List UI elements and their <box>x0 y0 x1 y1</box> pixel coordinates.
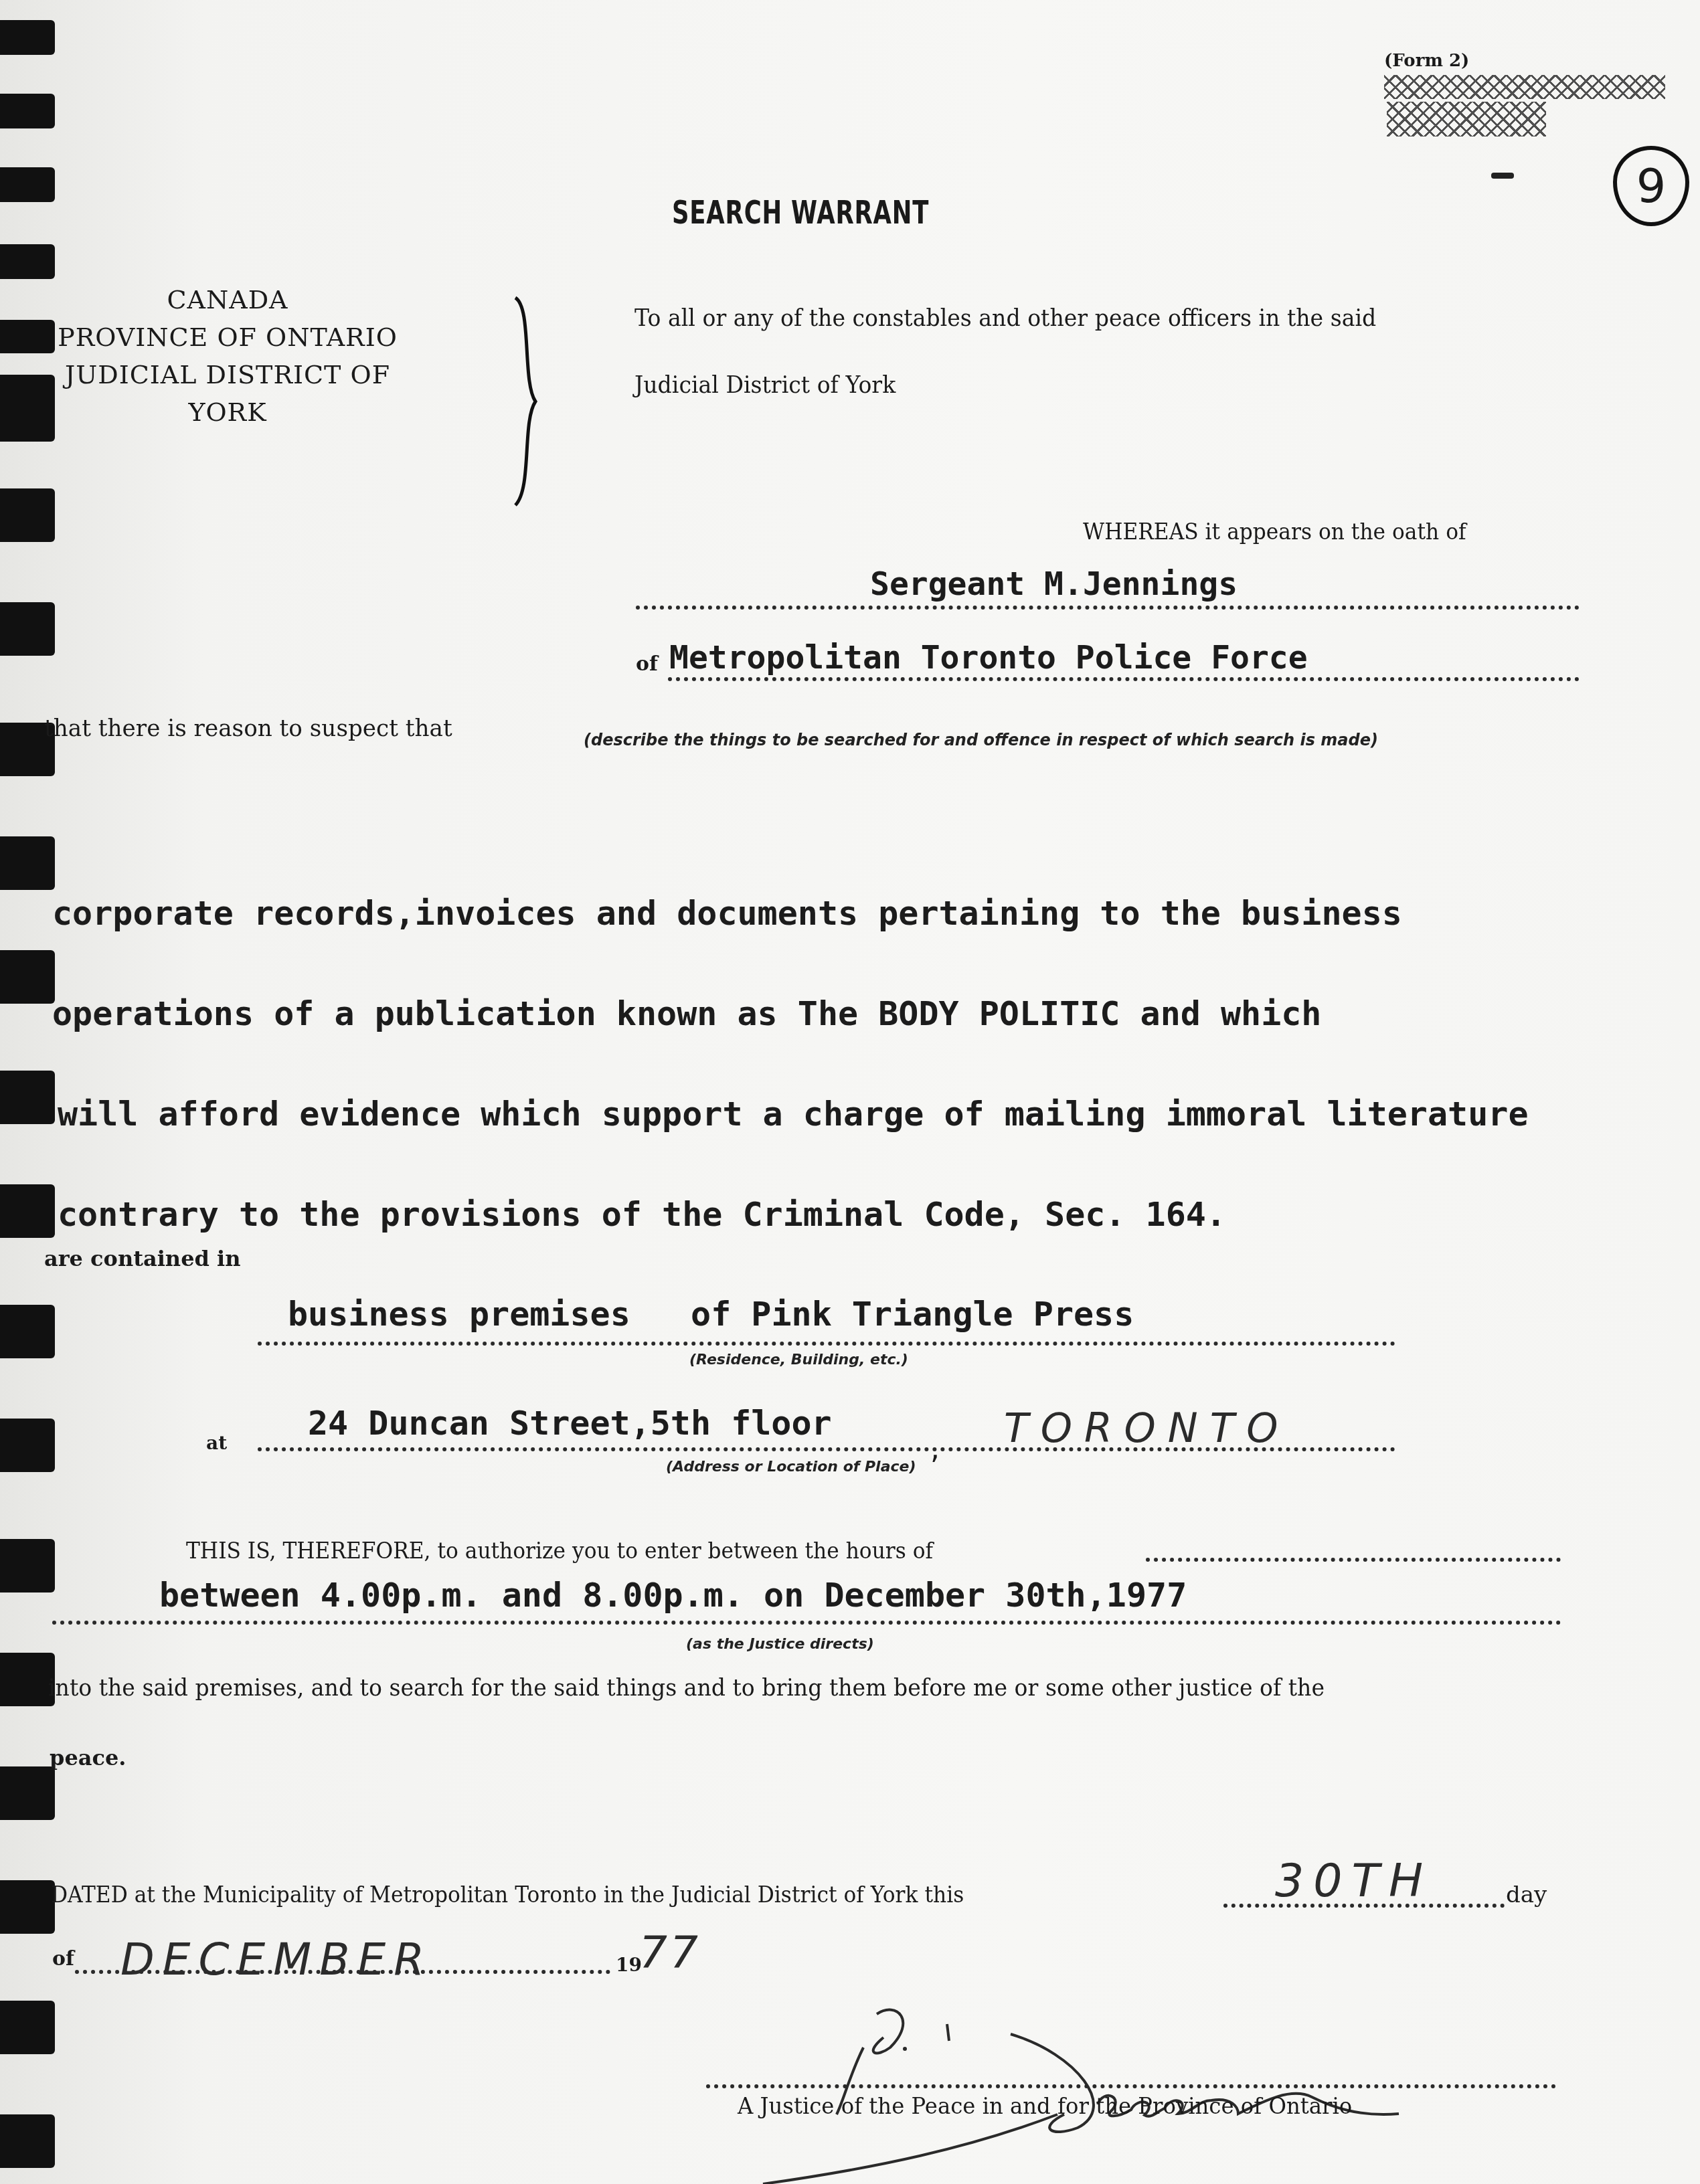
dated-text: DATED at the Municipality of Metropolita… <box>51 1882 964 1908</box>
binder-tab <box>0 1071 55 1124</box>
signature-icon <box>703 1994 1673 2184</box>
page-number-circle: 9 <box>1613 146 1689 226</box>
binder-tab <box>0 2114 55 2168</box>
jurisdiction-district-label: JUDICIAL DISTRICT OF <box>40 356 415 393</box>
hours-field-line <box>52 1621 1561 1625</box>
address-to-line-1: To all or any of the constables and othe… <box>634 304 1376 332</box>
description-line: corporate records,invoices and documents… <box>52 897 1529 930</box>
organization-field-line <box>668 677 1580 681</box>
premises-label: are contained in <box>44 1246 240 1271</box>
address-caption: (Address or Location of Place) <box>666 1459 916 1475</box>
redacted-text-line <box>1384 75 1665 99</box>
authorization-body-line-2: peace. <box>50 1745 126 1770</box>
month-handwritten-field: DECEMBER <box>120 1934 432 1985</box>
year-prefix: 19 <box>616 1954 642 1976</box>
premises-caption: (Residence, Building, etc.) <box>689 1352 908 1368</box>
form-label: (Form 2) <box>1384 51 1469 71</box>
document-title: SEARCH WARRANT <box>672 194 929 232</box>
year-handwritten-field: 77 <box>639 1927 701 1979</box>
at-label: at <box>206 1432 227 1454</box>
officer-field-line <box>636 606 1580 610</box>
address-field: 24 Duncan Street,5th floor <box>308 1404 832 1443</box>
description-line: operations of a publication known as The… <box>52 997 1529 1030</box>
address-field-line <box>258 1447 1395 1451</box>
authorization-body-line-1: into the said premises, and to search fo… <box>48 1674 1325 1702</box>
brace-icon <box>509 294 549 509</box>
signature-caption: A Justice of the Peace in and for the Pr… <box>738 2093 1352 2120</box>
jurisdiction-district: YORK <box>40 393 415 431</box>
binder-tab <box>0 1880 55 1934</box>
redacted-text-line <box>1387 102 1546 136</box>
authorization-intro: THIS IS, THEREFORE, to authorize you to … <box>186 1538 933 1564</box>
binder-tab <box>0 1419 55 1472</box>
binder-tab <box>0 488 55 542</box>
premises-field-line <box>258 1342 1395 1346</box>
oath-intro: WHEREAS it appears on the oath of <box>1083 519 1466 545</box>
binder-tab <box>0 1305 55 1358</box>
binder-tab <box>0 1184 55 1238</box>
of-month-label: of <box>52 1947 74 1971</box>
jurisdiction-province: PROVINCE OF ONTARIO <box>40 318 415 356</box>
hours-field: between 4.00p.m. and 8.00p.m. on Decembe… <box>159 1576 1187 1615</box>
day-label: day <box>1506 1882 1547 1908</box>
binder-tab <box>0 950 55 1004</box>
hours-caption: (as the Justice directs) <box>686 1636 874 1653</box>
binder-tab <box>0 2001 55 2054</box>
binder-tab <box>0 20 55 55</box>
description-line: contrary to the provisions of the Crimin… <box>52 1198 1529 1231</box>
suspicion-instruction: (describe the things to be searched for … <box>584 731 1378 749</box>
suspicion-description: corporate records,invoices and documents… <box>52 830 1529 1265</box>
binder-tab <box>0 836 55 890</box>
address-to-line-2: Judicial District of York <box>634 371 896 399</box>
hours-field-line-top <box>1146 1558 1561 1562</box>
officer-name-field: Sergeant M.Jennings <box>870 565 1238 603</box>
binder-tab <box>0 244 55 279</box>
day-handwritten-field: 30TH <box>1275 1855 1432 1908</box>
binder-tab <box>0 167 55 202</box>
jurisdiction-block: CANADA PROVINCE OF ONTARIO JUDICIAL DIST… <box>40 281 415 431</box>
city-handwritten-field: TORONTO <box>1004 1405 1290 1452</box>
page-number: 9 <box>1636 163 1667 209</box>
binder-tab <box>0 1539 55 1592</box>
dash-mark <box>1491 173 1514 179</box>
jurisdiction-country: CANADA <box>40 281 415 318</box>
binder-tab <box>0 1766 55 1820</box>
binder-tab <box>0 94 55 128</box>
description-line: will afford evidence which support a cha… <box>52 1097 1529 1131</box>
of-label: of <box>636 652 658 676</box>
binder-tab <box>0 1653 55 1706</box>
premises-field: business premises of Pink Triangle Press <box>288 1295 1134 1334</box>
organization-field: Metropolitan Toronto Police Force <box>669 639 1308 676</box>
suspicion-intro: that there is reason to suspect that <box>44 715 452 742</box>
binder-tab <box>0 602 55 656</box>
